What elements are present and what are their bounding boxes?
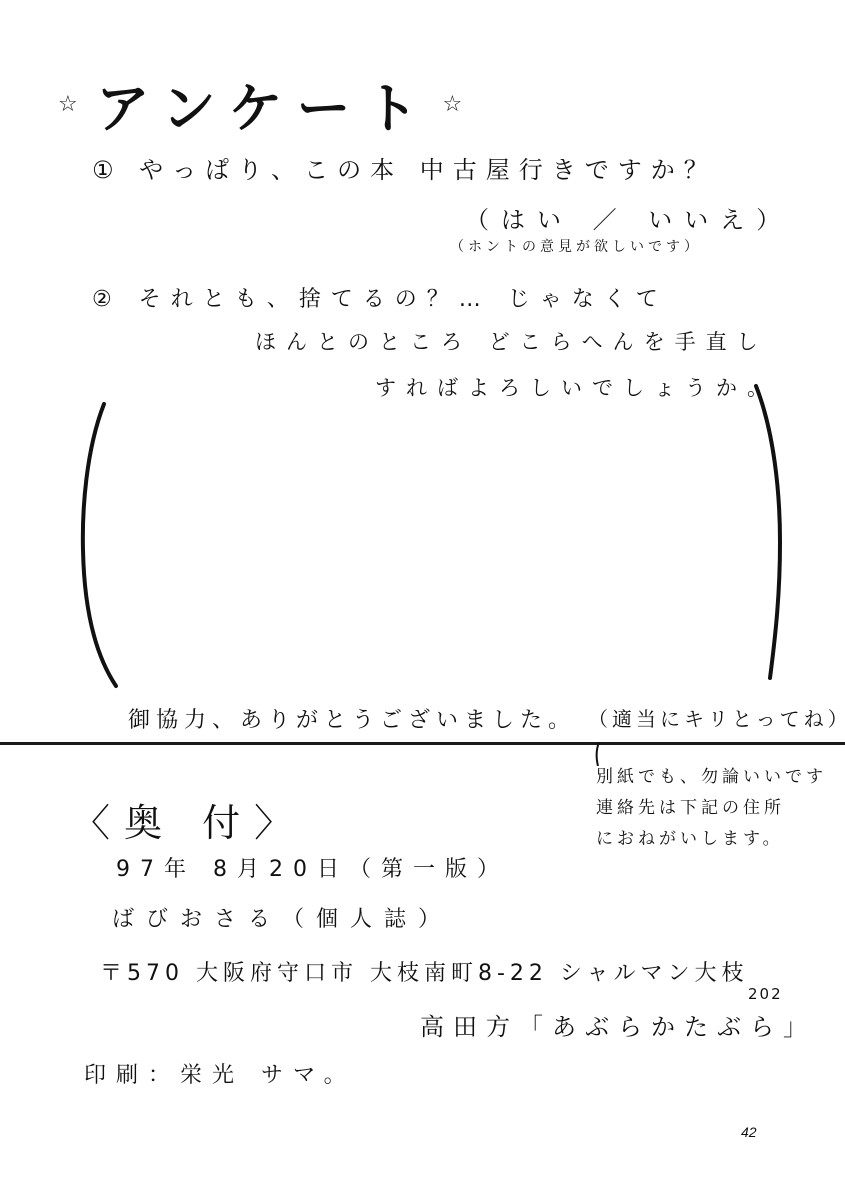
cut-line-divider bbox=[0, 742, 845, 745]
question-1: ① やっぱり、この本 中古屋行きですか？ bbox=[92, 150, 717, 185]
survey-title: アンケート bbox=[96, 66, 433, 143]
question-2-line-3: すればよろしいでしょうか。 bbox=[375, 372, 778, 402]
question-2-line-1: ② それとも、捨てるの？… じゃなくて bbox=[92, 282, 668, 313]
question-1-note: （ホントの意見が欲しいです） bbox=[450, 236, 702, 256]
colophon-title: 〈奥 付〉 bbox=[72, 792, 306, 847]
survey-title-row: ☆ アンケート ☆ bbox=[58, 66, 462, 143]
thanks-message: 御協力、ありがとうございました。 bbox=[128, 703, 576, 734]
care-of-name: 高田方「あぶらかたぶら」 bbox=[420, 1007, 816, 1042]
printer-credit: 印刷：栄光 サマ。 bbox=[84, 1058, 356, 1089]
room-number: 202 bbox=[748, 985, 783, 1003]
postal-address: 〒570 大阪府守口市 大枝南町8-22 シャルマン大枝 bbox=[100, 956, 748, 987]
question-1-choices: （はい ／ いいえ） bbox=[465, 200, 792, 235]
side-note-line: におねがいします。 bbox=[596, 824, 827, 855]
answer-box-left-bracket bbox=[78, 400, 118, 690]
star-icon-left: ☆ bbox=[58, 94, 78, 116]
side-note-line: 連絡先は下記の住所 bbox=[596, 793, 827, 824]
publication-date: 97年 8月20日（第一版） bbox=[116, 852, 509, 883]
cut-here-note: （適当にキリとってね） bbox=[588, 703, 845, 732]
page-number: 42 bbox=[741, 1124, 757, 1140]
answer-box-right-bracket bbox=[750, 382, 790, 682]
side-note-line: 別紙でも、勿論いいです bbox=[596, 762, 827, 793]
star-icon-right: ☆ bbox=[443, 94, 463, 116]
circle-name: ばびおさる（個人誌） bbox=[112, 902, 452, 933]
question-2-line-2: ほんとのところ どこらへんを手直し bbox=[255, 326, 768, 356]
contact-side-note: 別紙でも、勿論いいです 連絡先は下記の住所 におねがいします。 bbox=[596, 762, 827, 855]
